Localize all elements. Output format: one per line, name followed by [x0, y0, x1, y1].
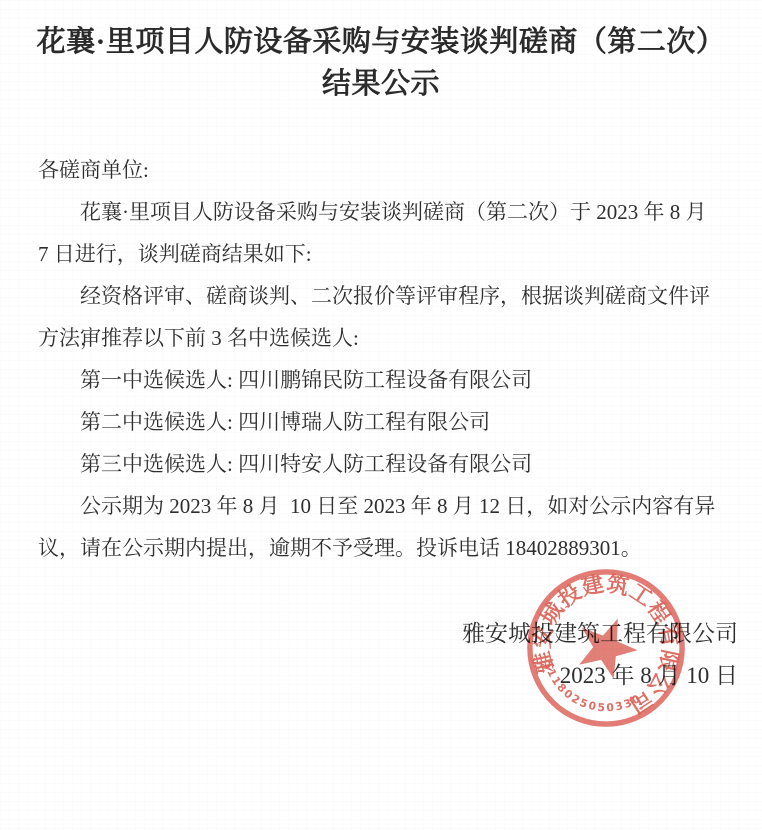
svg-text:3: 3 [622, 696, 634, 711]
svg-text:5: 5 [578, 696, 590, 711]
body-line-publicity-period: 公示期为 2023 年 8 月 10 日至 2023 年 8 月 12 日，如对… [38, 485, 726, 527]
candidate-line-second: 第二中选候选人: 四川博瑞人防工程有限公司 [38, 401, 726, 443]
signature-date: 2023 年 8 月 10 日 [0, 655, 738, 697]
svg-text:0: 0 [587, 699, 598, 713]
candidate-line-third: 第三中选候选人: 四川特安人防工程设备有限公司 [38, 443, 726, 485]
document-body: 各磋商单位: 花襄·里项目人防设备采购与安装谈判磋商（第二次）于 2023 年 … [0, 149, 762, 569]
candidate-line-first: 第一中选候选人: 四川鹏锦民防工程设备有限公司 [38, 359, 726, 401]
body-line-result-intro: 7 日进行，谈判磋商结果如下: [38, 233, 726, 275]
body-line-project-date: 花襄·里项目人防设备采购与安装谈判磋商（第二次）于 2023 年 8 月 [38, 191, 726, 233]
svg-text:投: 投 [553, 579, 585, 612]
signature-company: 雅安城投建筑工程有限公司 [0, 613, 738, 655]
svg-text:5: 5 [597, 701, 606, 715]
svg-text:建: 建 [579, 571, 606, 600]
salutation-line: 各磋商单位: [38, 149, 726, 191]
signature-block: 雅安城投建筑工程有限公司 2023 年 8 月 10 日 [0, 613, 762, 697]
svg-text:筑: 筑 [605, 571, 631, 600]
svg-text:3: 3 [614, 699, 624, 713]
title-line-1: 花襄·里项目人防设备采购与安装谈判磋商（第二次） [0, 21, 762, 63]
body-line-complaint-phone: 议，请在公示期内提出，逾期不予受理。投诉电话 18402889301。 [38, 527, 726, 569]
announcement-document: 花襄·里项目人防设备采购与安装谈判磋商（第二次） 结果公示 各磋商单位: 花襄·… [0, 0, 762, 830]
body-line-recommendation: 方法，推荐以下前 3 名中选候选人: [38, 317, 726, 359]
body-line-review-process: 经资格评审、磋商谈判、二次报价等评审程序，根据谈判磋商文件评审 [38, 275, 726, 317]
svg-text:0: 0 [606, 701, 615, 715]
document-title: 花襄·里项目人防设备采购与安装谈判磋商（第二次） 结果公示 [0, 0, 762, 105]
title-line-2: 结果公示 [0, 63, 762, 105]
svg-text:工: 工 [625, 579, 657, 611]
